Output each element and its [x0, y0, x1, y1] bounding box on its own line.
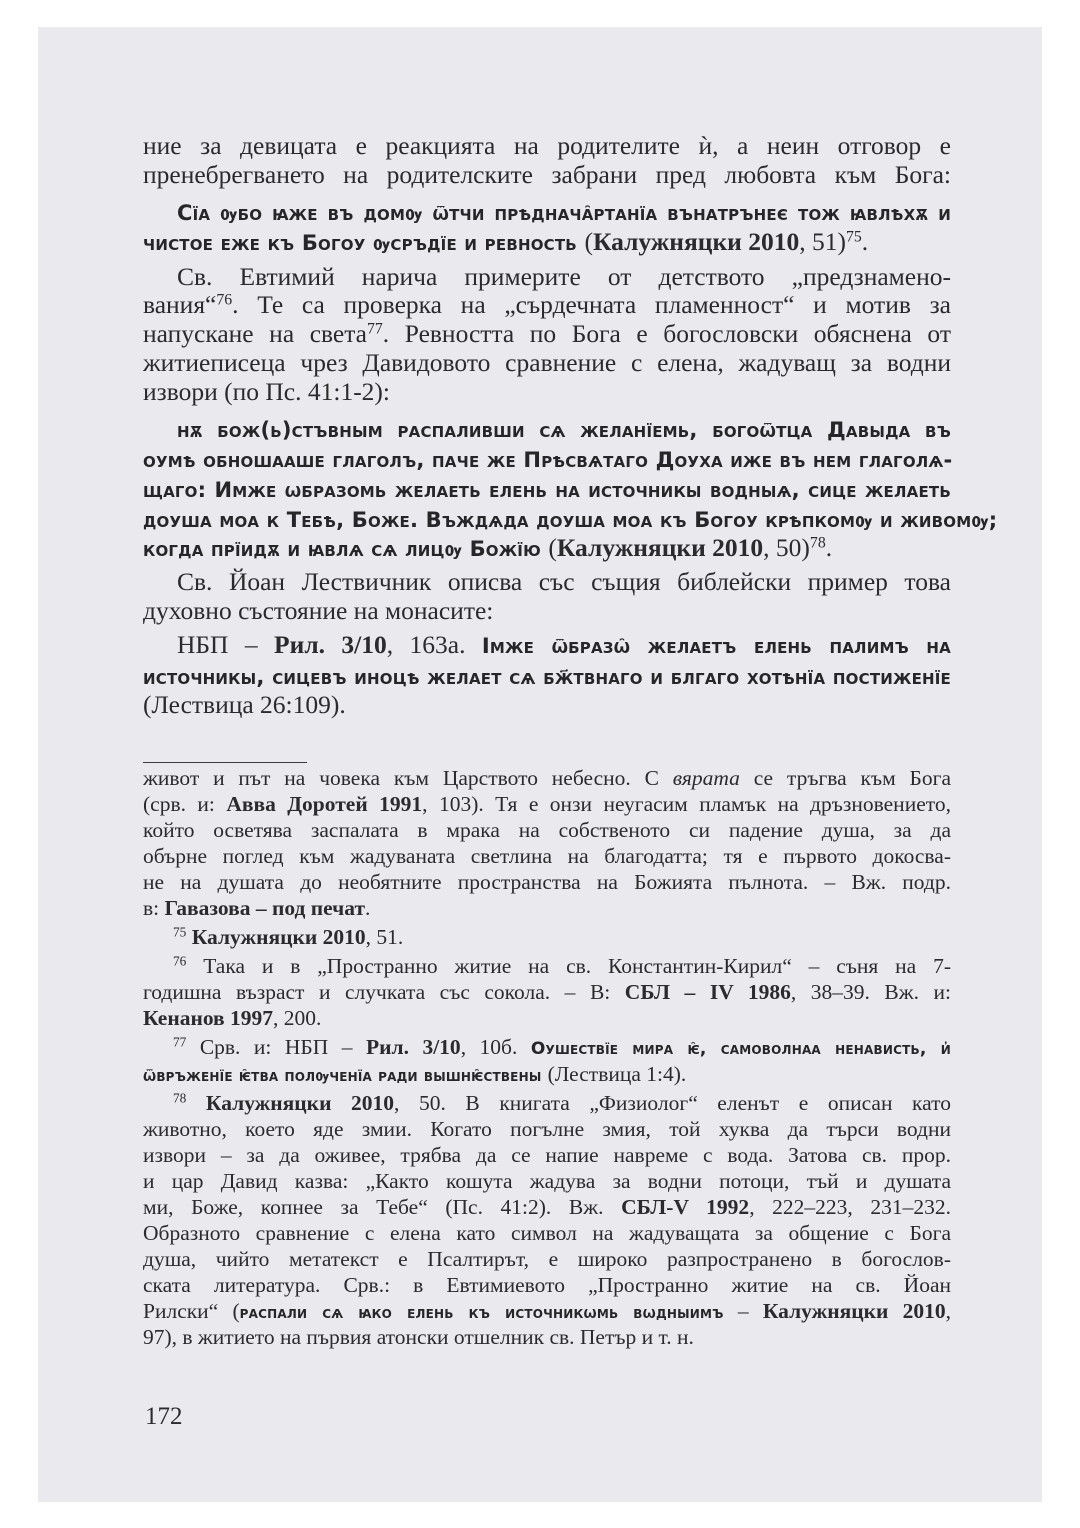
footnote-ref: 78: [173, 1091, 186, 1106]
footnote-ref: 77: [173, 1035, 186, 1050]
body-line: чистое еже къ Богоу ѹсръдїе и ревность (…: [143, 229, 951, 255]
text-run: живот и път на човека към Царството небе…: [143, 766, 673, 790]
text-run: житиеписеца чрез Давидовото сравнение с …: [143, 348, 951, 377]
text-run: ,: [946, 1299, 951, 1323]
footnote-ref: 75: [846, 228, 862, 245]
body-line: вания“76. Те са проверка на „сърдечната …: [143, 292, 951, 318]
text-run: и цар Давид казва: „Както кошута жадува …: [143, 1169, 951, 1193]
text-run: –: [724, 1299, 763, 1323]
footnote-ref: 76: [216, 291, 232, 308]
footnote-line: годишна възраст и случката със сокола. –…: [143, 982, 951, 1004]
text-run: не на душата до необятните пространства …: [143, 870, 951, 894]
text-run: Св. Йоан Лествичник описва със същия биб…: [177, 567, 951, 596]
citation-bold: Калужняцки 2010: [557, 533, 763, 562]
footnote-ref: 77: [367, 320, 383, 337]
footnote-line: 77 Срв. и: НБП – Рил. 3/10, 10б. Оушеств…: [173, 1037, 951, 1059]
text-run: напускане на света: [143, 319, 367, 348]
text-run: Срв. и: НБП –: [186, 1035, 366, 1059]
citation-bold: Калужняцки 2010: [206, 1091, 394, 1115]
text-run: 97), в житието на първия атонски отшелни…: [143, 1325, 694, 1349]
citation-bold: СБЛ-V 1992: [621, 1195, 749, 1219]
footnote-ref: 76: [173, 954, 186, 969]
church-slavonic-quote: оумѣ обношааше глаголъ, паче же Прѣсвѧта…: [143, 448, 952, 472]
footnote-line: 97), в житието на първия атонски отшелни…: [143, 1327, 951, 1349]
footnote-line: (срв. и: Авва Доротей 1991, 103). Тя е о…: [143, 794, 951, 816]
text-run: душа, чийто метатекст е Псалтирът, е шир…: [143, 1247, 951, 1271]
footnote-line: животно, което яде змии. Когато погълне …: [143, 1119, 951, 1141]
footnote-line: Кенанов 1997, 200.: [143, 1008, 951, 1030]
body-line: щаго: Имже ѡбразомь желаеть елень на ист…: [143, 476, 951, 502]
citation-bold: Авва Доротей 1991: [226, 792, 422, 816]
text-run: (Лествица 1:4).: [548, 1062, 687, 1086]
citation-bold: Кенанов 1997: [143, 1006, 273, 1030]
text-run: извори (по Пс. 41:1-2):: [143, 377, 390, 406]
text-run: обърне поглед към жадуваната светлина на…: [143, 844, 951, 868]
footnote-line: обърне поглед към жадуваната светлина на…: [143, 846, 951, 868]
footnote-ref: 78: [810, 534, 826, 551]
church-slavonic-quote: Оушествїе мира ѥ̑, самоволнаа ненависть,…: [531, 1039, 951, 1059]
footnote-line: Рилски“ (распали сѧ ꙗко елень къ источни…: [143, 1301, 951, 1323]
citation-bold: Калужняцки 2010: [192, 925, 366, 949]
footnote-line: ската литература. Срв.: в Евтимиевото „П…: [143, 1275, 951, 1297]
footnote-line: 76 Така и в „Пространно житие на св. Кон…: [173, 956, 951, 978]
body-line: НБП – Рил. 3/10, 163а. Імже ѿбразѡ̑ жела…: [177, 632, 951, 658]
footnote-line: Образното сравнение с елена като символ …: [143, 1223, 951, 1245]
text-run: .: [862, 227, 868, 256]
body-line: источникы, сицевъ иноцѣ желает сѧ бж҃твн…: [143, 663, 951, 689]
body-line: доуша моа к Тебѣ, Боже. Въждѧда доуша мо…: [143, 506, 951, 532]
text-run: Рилски“ (: [143, 1299, 240, 1323]
text-run: (срв. и:: [143, 792, 226, 816]
body-line: житиеписеца чрез Давидовото сравнение с …: [143, 350, 951, 376]
footnote-line: който осветява заспалата в мрака на собс…: [143, 820, 951, 842]
body-line: ние за девицата е реакцията на родителит…: [143, 133, 951, 159]
footnote-line: в: Гавазова – под печат.: [143, 898, 951, 920]
text-run: (: [584, 227, 593, 256]
church-slavonic-quote: ѿвръженїе ѥ̑тва полѹченїа ради вышнѥ̑ств…: [143, 1066, 548, 1086]
church-slavonic-quote: распали сѧ ꙗко елень къ источникѡмь вѡдн…: [240, 1303, 724, 1323]
body-line: извори (по Пс. 41:1-2):: [143, 379, 951, 405]
church-slavonic-quote: доуша моа к Тебѣ, Боже. Въждѧда доуша мо…: [143, 508, 997, 532]
footnote-line: и цар Давид казва: „Както кошута жадува …: [143, 1171, 951, 1193]
footnote-separator: [143, 762, 307, 763]
text-run: , 103). Тя е онзи неугасим пламък на дръ…: [422, 792, 951, 816]
footnote-line: ѿвръженїе ѥ̑тва полѹченїа ради вышнѥ̑ств…: [143, 1064, 951, 1086]
footnote-ref: 75: [173, 925, 186, 940]
citation-bold: Гавазова – под печат: [165, 896, 366, 920]
body-line: оумѣ обношааше глаголъ, паче же Прѣсвѧта…: [143, 446, 951, 472]
text-run: ние за девицата е реакцията на родителит…: [143, 131, 951, 160]
footnote-line: 75 Калужняцки 2010, 51.: [173, 927, 951, 949]
text-run: духовно състояние на монасите:: [143, 596, 493, 625]
text-run: , 222–223, 231–232.: [749, 1195, 951, 1219]
text-run: Образното сравнение с елена като символ …: [143, 1221, 951, 1245]
footnote-line: душа, чийто метатекст е Псалтирът, е шир…: [143, 1249, 951, 1271]
church-slavonic-quote: источникы, сицевъ иноцѣ желает сѧ бж҃твн…: [143, 665, 951, 689]
church-slavonic-quote: нѫ бож(ь)стъвным распаливши сѧ желанїемь…: [177, 418, 951, 442]
body-line: напускане на света77. Ревността по Бога …: [143, 321, 951, 347]
text-run: Така и в „Пространно житие на св. Конста…: [186, 954, 951, 978]
text-run: , 50. В книгата „Физиолог“ еленът е опис…: [394, 1091, 951, 1115]
citation-bold: Рил. 3/10: [274, 630, 387, 659]
text-run: . Ревността по Бога е богословски обясне…: [383, 319, 951, 348]
text-run: извори – за да оживее, трябва да се напи…: [143, 1143, 951, 1167]
text-run: , 200.: [273, 1006, 321, 1030]
text-run: .: [365, 896, 370, 920]
body-line: когда прїидѫ и ꙗвлѧ сѧ лицѹ Божїю (Калуж…: [143, 535, 951, 561]
text-run: , 51.: [366, 925, 404, 949]
text-run: животно, което яде змии. Когато погълне …: [143, 1117, 951, 1141]
body-line: (Лествица 26:109).: [143, 692, 951, 718]
text-run: ми, Боже, копнее за Тебе“ (Пс. 41:2). Вж…: [143, 1195, 621, 1219]
body-line: Св. Евтимий нарича примерите от детствот…: [177, 264, 951, 290]
citation-bold: Рил. 3/10: [366, 1035, 461, 1059]
body-line: Св. Йоан Лествичник описва със същия биб…: [177, 569, 951, 595]
body-line: Сїа ѹбо ꙗже въ домѹ ѿтчи прѣднача̑ртанїа…: [177, 199, 951, 225]
text-run: в:: [143, 896, 165, 920]
text-run: (: [548, 533, 557, 562]
text-run: Св. Евтимий нарича примерите от детствот…: [177, 262, 951, 291]
text-run: (Лествица 26:109).: [143, 690, 346, 719]
church-slavonic-quote: Сїа ѹбо ꙗже въ домѹ ѿтчи прѣднача̑ртанїа…: [177, 201, 951, 225]
church-slavonic-quote: когда прїидѫ и ꙗвлѧ сѧ лицѹ Божїю: [143, 537, 548, 561]
body-line: нѫ бож(ь)стъвным распаливши сѧ желанїемь…: [177, 416, 951, 442]
citation-bold: Калужняцки 2010: [763, 1299, 946, 1323]
text-run: който осветява заспалата в мрака на собс…: [143, 818, 951, 842]
citation-bold: Калужняцки 2010: [593, 227, 799, 256]
page-number: 172: [145, 1404, 183, 1429]
footnote-line: 78 Калужняцки 2010, 50. В книгата „Физио…: [173, 1093, 951, 1115]
text-run: годишна възраст и случката със сокола. –…: [143, 980, 625, 1004]
text-run: пренебрегването на родителските забрани …: [143, 160, 951, 189]
church-slavonic-quote: щаго: Имже ѡбразомь желаеть елень на ист…: [143, 478, 951, 502]
text-run: вярата: [673, 766, 740, 790]
church-slavonic-quote: чистое еже къ Богоу ѹсръдїе и ревность: [143, 231, 584, 255]
text-run: . Те са проверка на „сърдечната пламенно…: [232, 290, 951, 319]
text-run: се тръгва към Бога: [740, 766, 951, 790]
body-line: пренебрегването на родителските забрани …: [143, 162, 951, 188]
church-slavonic-quote: Імже ѿбразѡ̑ желаетъ елень палимъ на: [482, 634, 951, 658]
footnote-line: ми, Боже, копнее за Тебе“ (Пс. 41:2). Вж…: [143, 1197, 951, 1219]
text-run: вания“: [143, 290, 216, 319]
text-run: НБП –: [177, 630, 274, 659]
citation-bold: СБЛ – IV 1986: [625, 980, 791, 1004]
text-run: .: [826, 533, 832, 562]
text-run: , 163а.: [387, 630, 482, 659]
footnote-line: извори – за да оживее, трябва да се напи…: [143, 1145, 951, 1167]
text-run: [186, 1091, 206, 1115]
text-run: , 38–39. Вж. и:: [791, 980, 951, 1004]
text-run: ската литература. Срв.: в Евтимиевото „П…: [143, 1273, 951, 1297]
footnote-line: не на душата до необятните пространства …: [143, 872, 951, 894]
text-run: , 10б.: [461, 1035, 531, 1059]
text-run: , 50): [763, 533, 810, 562]
footnote-line: живот и път на човека към Царството небе…: [143, 768, 951, 790]
body-line: духовно състояние на монасите:: [143, 598, 951, 624]
text-run: , 51): [799, 227, 846, 256]
